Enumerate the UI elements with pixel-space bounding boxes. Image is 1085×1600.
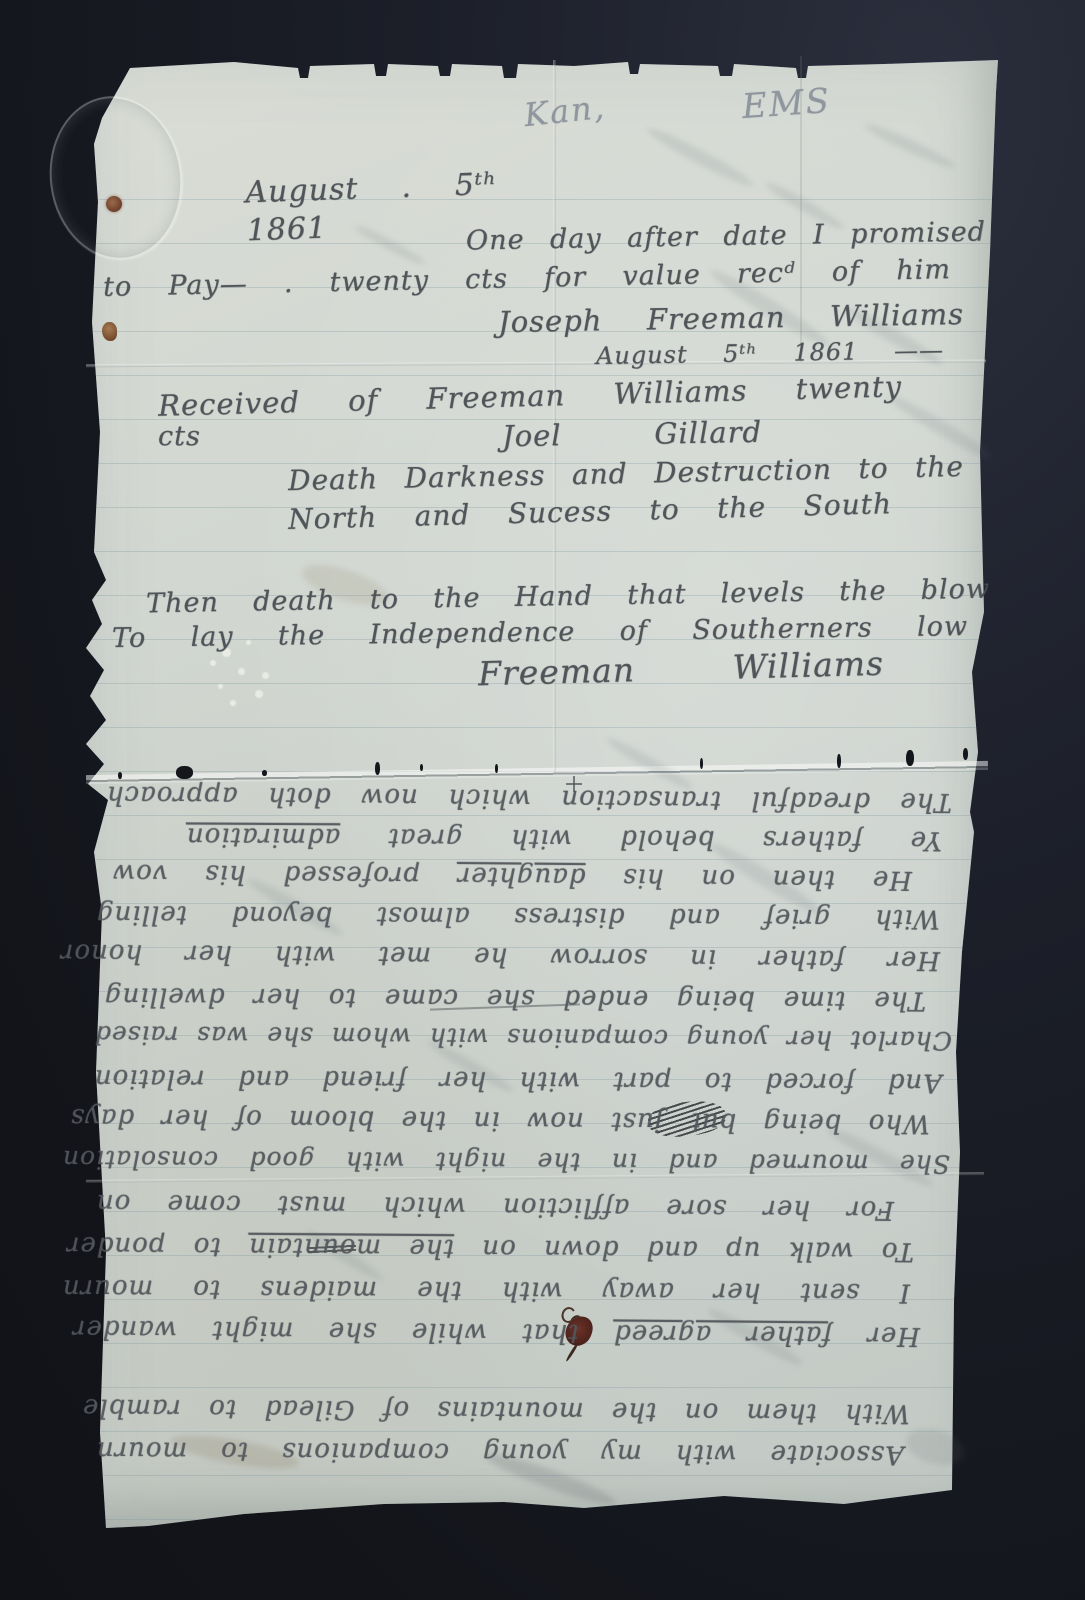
stain-spot: [106, 196, 122, 212]
handwriting-line: August 5ᵗʰ 1861 ——: [596, 335, 944, 371]
handwriting-line: And forced to part with her friend and r…: [94, 1062, 942, 1099]
handwriting-line: cts: [158, 420, 218, 454]
handwriting-line: For her sore affliction which must come …: [96, 1187, 894, 1226]
handwriting-line: To walk up and down on the mountain to p…: [66, 1229, 914, 1267]
handwriting-line: Ye fathers behold with great admiration: [186, 820, 942, 856]
pencil-annotation-right: EMS: [741, 81, 833, 127]
stain-spot: [102, 322, 117, 341]
photo-background: Kan, EMS August . 5ᵗʰ 1861One day after …: [0, 0, 1085, 1600]
handwriting-line: The time being ended she came to her dwe…: [104, 980, 926, 1017]
handwriting-line: I sent her away with the maidens to mour…: [62, 1272, 910, 1309]
handwriting-line: Associate with my young companions to mo…: [96, 1434, 904, 1471]
handwriting-line: With grief and distress almost beyond te…: [96, 898, 940, 935]
handwriting-line: Charlot her young companions with whom s…: [94, 1019, 952, 1056]
handwriting-line: Who being but just now in the bloom of h…: [70, 1101, 930, 1140]
handwriting-line: Joel Gillard: [502, 414, 763, 455]
handwriting-line: With them on the mountains of Gilead to …: [82, 1391, 910, 1429]
handwriting-line: He then on his daughter professed his vo…: [112, 857, 912, 896]
handwriting-line: She mourned and in the night with good c…: [62, 1144, 950, 1180]
handwriting-line: August . 5ᵗʰ 1861: [245, 166, 499, 250]
